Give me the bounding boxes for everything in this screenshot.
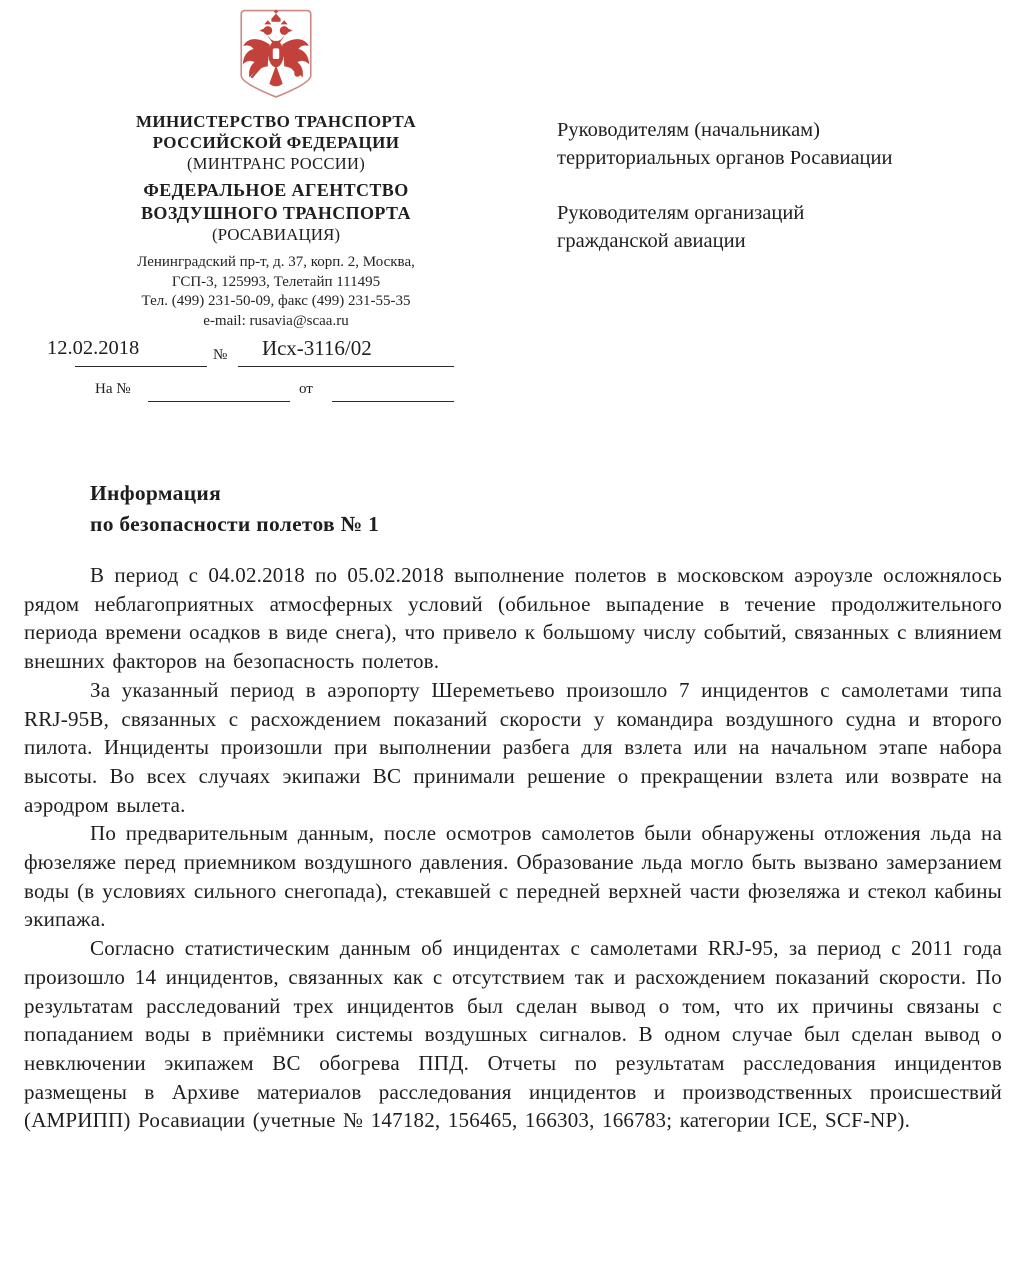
letterhead-org-block: МИНИСТЕРСТВО ТРАНСПОРТА РОССИЙСКОЙ ФЕДЕР… <box>60 111 492 331</box>
recipient-line: гражданской авиации <box>557 227 997 255</box>
document-title: Информация по безопасности полетов № 1 <box>90 478 379 540</box>
reference-block: 12.02.2018 № Исх-3116/02 На № от <box>0 337 540 422</box>
outgoing-number: Исх-3116/02 <box>262 336 372 361</box>
from-label: от <box>299 381 313 398</box>
recipient-civil-aviation-orgs: Руководителям организаций гражданской ав… <box>557 199 997 255</box>
agency-name-line-1: ФЕДЕРАЛЬНОЕ АГЕНТСТВО <box>60 179 492 202</box>
address-line-3: Тел. (499) 231-50-09, факс (499) 231-55-… <box>60 292 492 312</box>
body-paragraph-2: За указанный период в аэропорту Шереметь… <box>24 676 1002 820</box>
body-paragraph-3: По предварительным данным, после осмотро… <box>24 819 1002 934</box>
document-body: В период с 04.02.2018 по 05.02.2018 выпо… <box>24 561 1002 1135</box>
recipients-block: Руководителям (начальникам) территориаль… <box>557 116 997 255</box>
body-paragraph-4: Согласно статистическим данным об инциде… <box>24 934 1002 1135</box>
russia-coat-of-arms-icon <box>236 8 316 100</box>
coat-of-arms-emblem <box>236 8 316 100</box>
recipient-line: Руководителям организаций <box>557 199 997 227</box>
agency-name-line-2: ВОЗДУШНОГО ТРАНСПОРТА <box>60 202 492 225</box>
document-title-line-1: Информация <box>90 478 379 509</box>
date-underline <box>75 366 207 367</box>
agency-short-name: (РОСАВИАЦИЯ) <box>60 224 492 246</box>
ministry-name-line-2: РОССИЙСКОЙ ФЕДЕРАЦИИ <box>60 132 492 153</box>
recipient-line: Руководителям (начальникам) <box>557 116 997 144</box>
reply-to-blank-line <box>148 401 290 402</box>
number-sign-label: № <box>213 347 227 364</box>
reply-to-label: На № <box>95 381 131 398</box>
outgoing-number-underline <box>238 366 454 367</box>
document-page: МИНИСТЕРСТВО ТРАНСПОРТА РОССИЙСКОЙ ФЕДЕР… <box>0 0 1023 1280</box>
address-line-2: ГСП-3, 125993, Телетайп 111495 <box>60 273 492 293</box>
recipient-line: территориальных органов Росавиации <box>557 144 997 172</box>
address-email: e-mail: rusavia@scaa.ru <box>60 312 492 332</box>
from-blank-line <box>332 401 454 402</box>
address-line-1: Ленинградский пр-т, д. 37, корп. 2, Моск… <box>60 253 492 273</box>
ministry-short-name: (МИНТРАНС РОССИИ) <box>60 153 492 174</box>
document-title-line-2: по безопасности полетов № 1 <box>90 509 379 540</box>
ministry-name-line-1: МИНИСТЕРСТВО ТРАНСПОРТА <box>60 111 492 132</box>
body-paragraph-1: В период с 04.02.2018 по 05.02.2018 выпо… <box>24 561 1002 676</box>
document-date: 12.02.2018 <box>47 337 139 360</box>
recipient-territorial-bodies: Руководителям (начальникам) территориаль… <box>557 116 997 172</box>
